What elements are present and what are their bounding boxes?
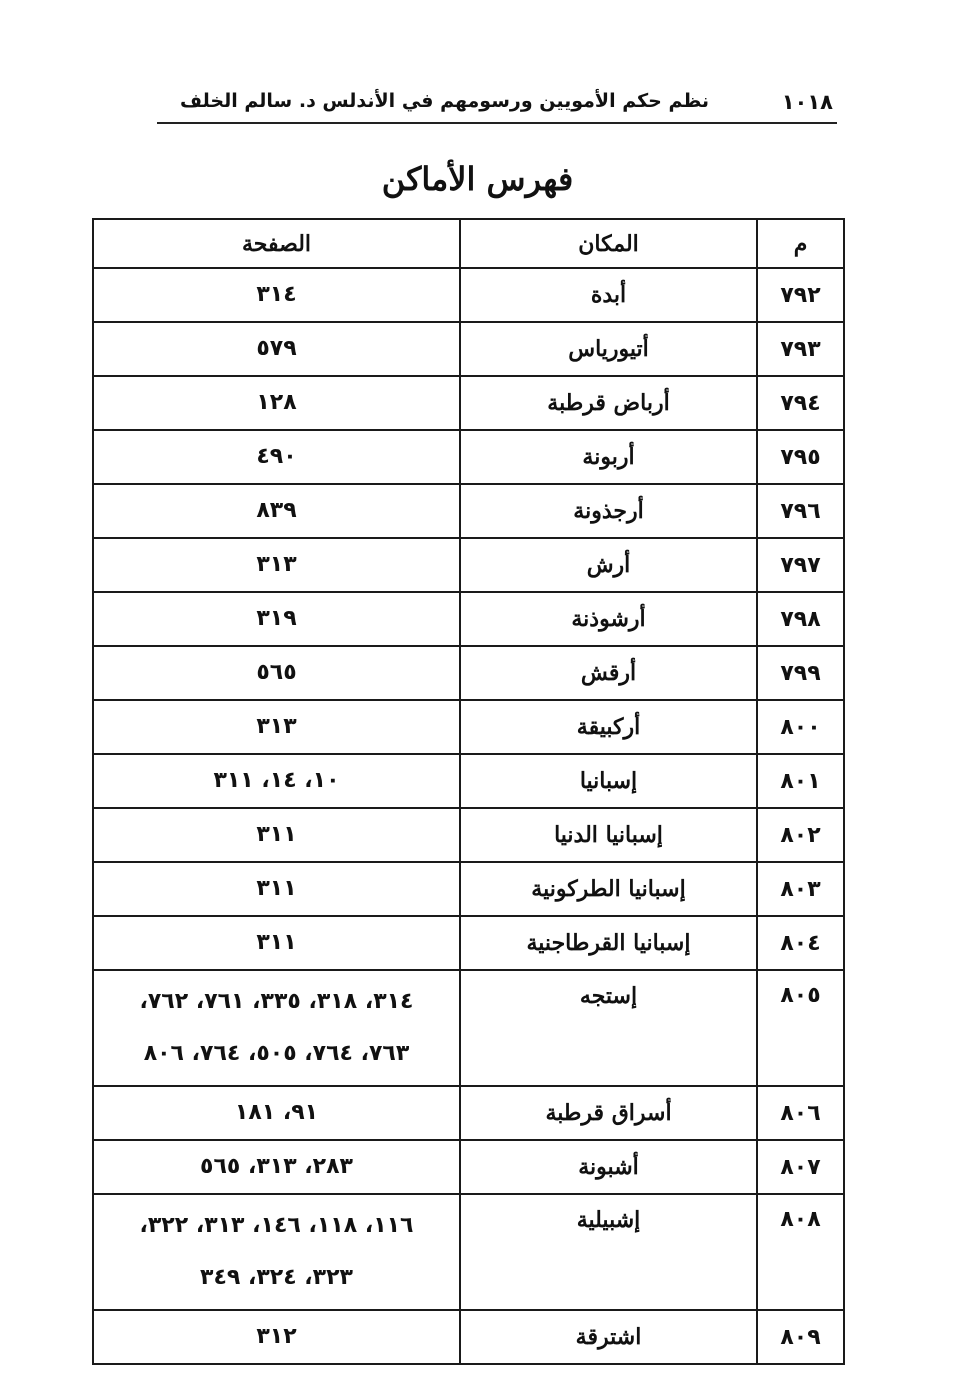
row-pages: ٥٦٥ [93,646,460,700]
table-row: ٨٠٦ أسراق قرطبة ٩١، ١٨١ [93,1086,844,1140]
row-number: ٧٩٤ [757,376,844,430]
page-refs-line-1: ١١٦، ١١٨، ١٤٦، ٣١٣، ٣٢٢، [94,1200,459,1252]
row-place: أرشوذنة [460,592,757,646]
row-number: ٨٠٣ [757,862,844,916]
row-place: إسبانيا الدنيا [460,808,757,862]
row-pages: ٣١٤ [93,268,460,322]
row-pages: ٣١١ [93,808,460,862]
row-pages: ٩١، ١٨١ [93,1086,460,1140]
row-place: إستجه [460,970,757,1086]
table-row: ٨٠٢ إسبانيا الدنيا ٣١١ [93,808,844,862]
row-place: أرباض قرطبة [460,376,757,430]
row-number: ٧٩٢ [757,268,844,322]
table-header-row: م المكان الصفحة [93,219,844,268]
table-row: ٨٠١ إسبانيا ١٠، ١٤، ٣١١ [93,754,844,808]
row-number: ٨٠٠ [757,700,844,754]
row-number: ٨٠٧ [757,1140,844,1194]
page-refs: ٣١٤ [94,269,459,321]
page-refs: ٣١٣ [94,539,459,591]
table-row: ٧٩٨ أرشوذنة ٣١٩ [93,592,844,646]
table-row: ٧٩٥ أربونة ٤٩٠ [93,430,844,484]
row-place: إسبانيا [460,754,757,808]
page-refs: ٤٩٠ [94,431,459,483]
page-refs: ١٢٨ [94,377,459,429]
row-number: ٨٠٨ [757,1194,844,1310]
row-number: ٨٠٦ [757,1086,844,1140]
page-refs: ٣١٩ [94,593,459,645]
row-pages: ٣١١ [93,862,460,916]
table-row: ٧٩٧ أرش ٣١٣ [93,538,844,592]
page-refs: ٥٧٩ [94,323,459,375]
row-pages: ٨٣٩ [93,484,460,538]
header-pages: الصفحة [93,219,460,268]
places-index-table: م المكان الصفحة ٧٩٢ أبدة ٣١٤ ٧٩٣ أتيوريا… [92,218,845,1365]
row-number: ٨٠٩ [757,1310,844,1364]
running-header: ١٠١٨ نظم حكم الأمويين ورسومهم في الأندلس… [157,88,837,124]
page-refs: ٣١١ [94,917,459,969]
page-refs: ٨٣٩ [94,485,459,537]
index-title: فهرس الأماكن [0,160,955,198]
page-refs: ٩١، ١٨١ [94,1087,459,1139]
row-pages: ١٠، ١٤، ٣١١ [93,754,460,808]
row-number: ٧٩٩ [757,646,844,700]
row-pages: ٤٩٠ [93,430,460,484]
row-place: أركبيقة [460,700,757,754]
row-pages: ١٢٨ [93,376,460,430]
row-number: ٧٩٣ [757,322,844,376]
table-row: ٧٩٣ أتيورياس ٥٧٩ [93,322,844,376]
row-pages: ٣١٢ [93,1310,460,1364]
table-row: ٨٠٠ أركبيقة ٣١٣ [93,700,844,754]
page-number: ١٠١٨ [782,90,833,114]
header-place: المكان [460,219,757,268]
page-refs: ٣١١ [94,809,459,861]
row-number: ٧٩٥ [757,430,844,484]
page-refs: ٢٨٣، ٣١٣، ٥٦٥ [94,1141,459,1193]
page-refs-line-2: ٣٢٣، ٣٢٤، ٣٤٩ [94,1252,459,1304]
row-pages: ٣١٣ [93,538,460,592]
table-row: ٨٠٣ إسبانيا الطركونية ٣١١ [93,862,844,916]
page-refs: ٣١٢ [94,1311,459,1363]
row-pages: ٣١٣ [93,700,460,754]
table-row: ٨٠٨ إشبيلية ١١٦، ١١٨، ١٤٦، ٣١٣، ٣٢٢، ٣٢٣… [93,1194,844,1310]
row-place: أرقش [460,646,757,700]
row-place: أتيورياس [460,322,757,376]
page-refs: ٣١١ [94,863,459,915]
row-pages: ٣١٤، ٣١٨، ٣٣٥، ٧٦١، ٧٦٢، ٧٦٣، ٧٦٤، ٥٠٥، … [93,970,460,1086]
table-row: ٨٠٩ اشترقة ٣١٢ [93,1310,844,1364]
page-refs-line-1: ٣١٤، ٣١٨، ٣٣٥، ٧٦١، ٧٦٢، [94,976,459,1028]
book-title: نظم حكم الأمويين ورسومهم في الأندلس د. س… [180,90,709,112]
row-number: ٨٠٤ [757,916,844,970]
row-pages: ٥٧٩ [93,322,460,376]
row-number: ٧٩٦ [757,484,844,538]
row-place: إسبانيا الطركونية [460,862,757,916]
row-place: أربونة [460,430,757,484]
row-number: ٧٩٧ [757,538,844,592]
table-row: ٨٠٥ إستجه ٣١٤، ٣١٨، ٣٣٥، ٧٦١، ٧٦٢، ٧٦٣، … [93,970,844,1086]
page-refs-line-2: ٧٦٣، ٧٦٤، ٥٠٥، ٧٦٤، ٨٠٦ [94,1028,459,1080]
page-refs: ١٠، ١٤، ٣١١ [94,755,459,807]
row-number: ٨٠٢ [757,808,844,862]
table-row: ٨٠٤ إسبانيا القرطاجنية ٣١١ [93,916,844,970]
table-row: ٧٩٤ أرباض قرطبة ١٢٨ [93,376,844,430]
row-pages: ١١٦، ١١٨، ١٤٦، ٣١٣، ٣٢٢، ٣٢٣، ٣٢٤، ٣٤٩ [93,1194,460,1310]
row-place: أسراق قرطبة [460,1086,757,1140]
row-place: اشترقة [460,1310,757,1364]
row-number: ٨٠١ [757,754,844,808]
row-number: ٧٩٨ [757,592,844,646]
page-refs: ٣١٣ [94,701,459,753]
page-refs: ٥٦٥ [94,647,459,699]
table-row: ٧٩٩ أرقش ٥٦٥ [93,646,844,700]
row-place: أرش [460,538,757,592]
row-pages: ٣١١ [93,916,460,970]
table-row: ٨٠٧ أشبونة ٢٨٣، ٣١٣، ٥٦٥ [93,1140,844,1194]
table-row: ٧٩٢ أبدة ٣١٤ [93,268,844,322]
row-number: ٨٠٥ [757,970,844,1086]
row-place: أرجذونة [460,484,757,538]
row-pages: ٣١٩ [93,592,460,646]
row-place: إسبانيا القرطاجنية [460,916,757,970]
row-place: إشبيلية [460,1194,757,1310]
row-place: أبدة [460,268,757,322]
header-number: م [757,219,844,268]
row-place: أشبونة [460,1140,757,1194]
row-pages: ٢٨٣، ٣١٣، ٥٦٥ [93,1140,460,1194]
table-row: ٧٩٦ أرجذونة ٨٣٩ [93,484,844,538]
